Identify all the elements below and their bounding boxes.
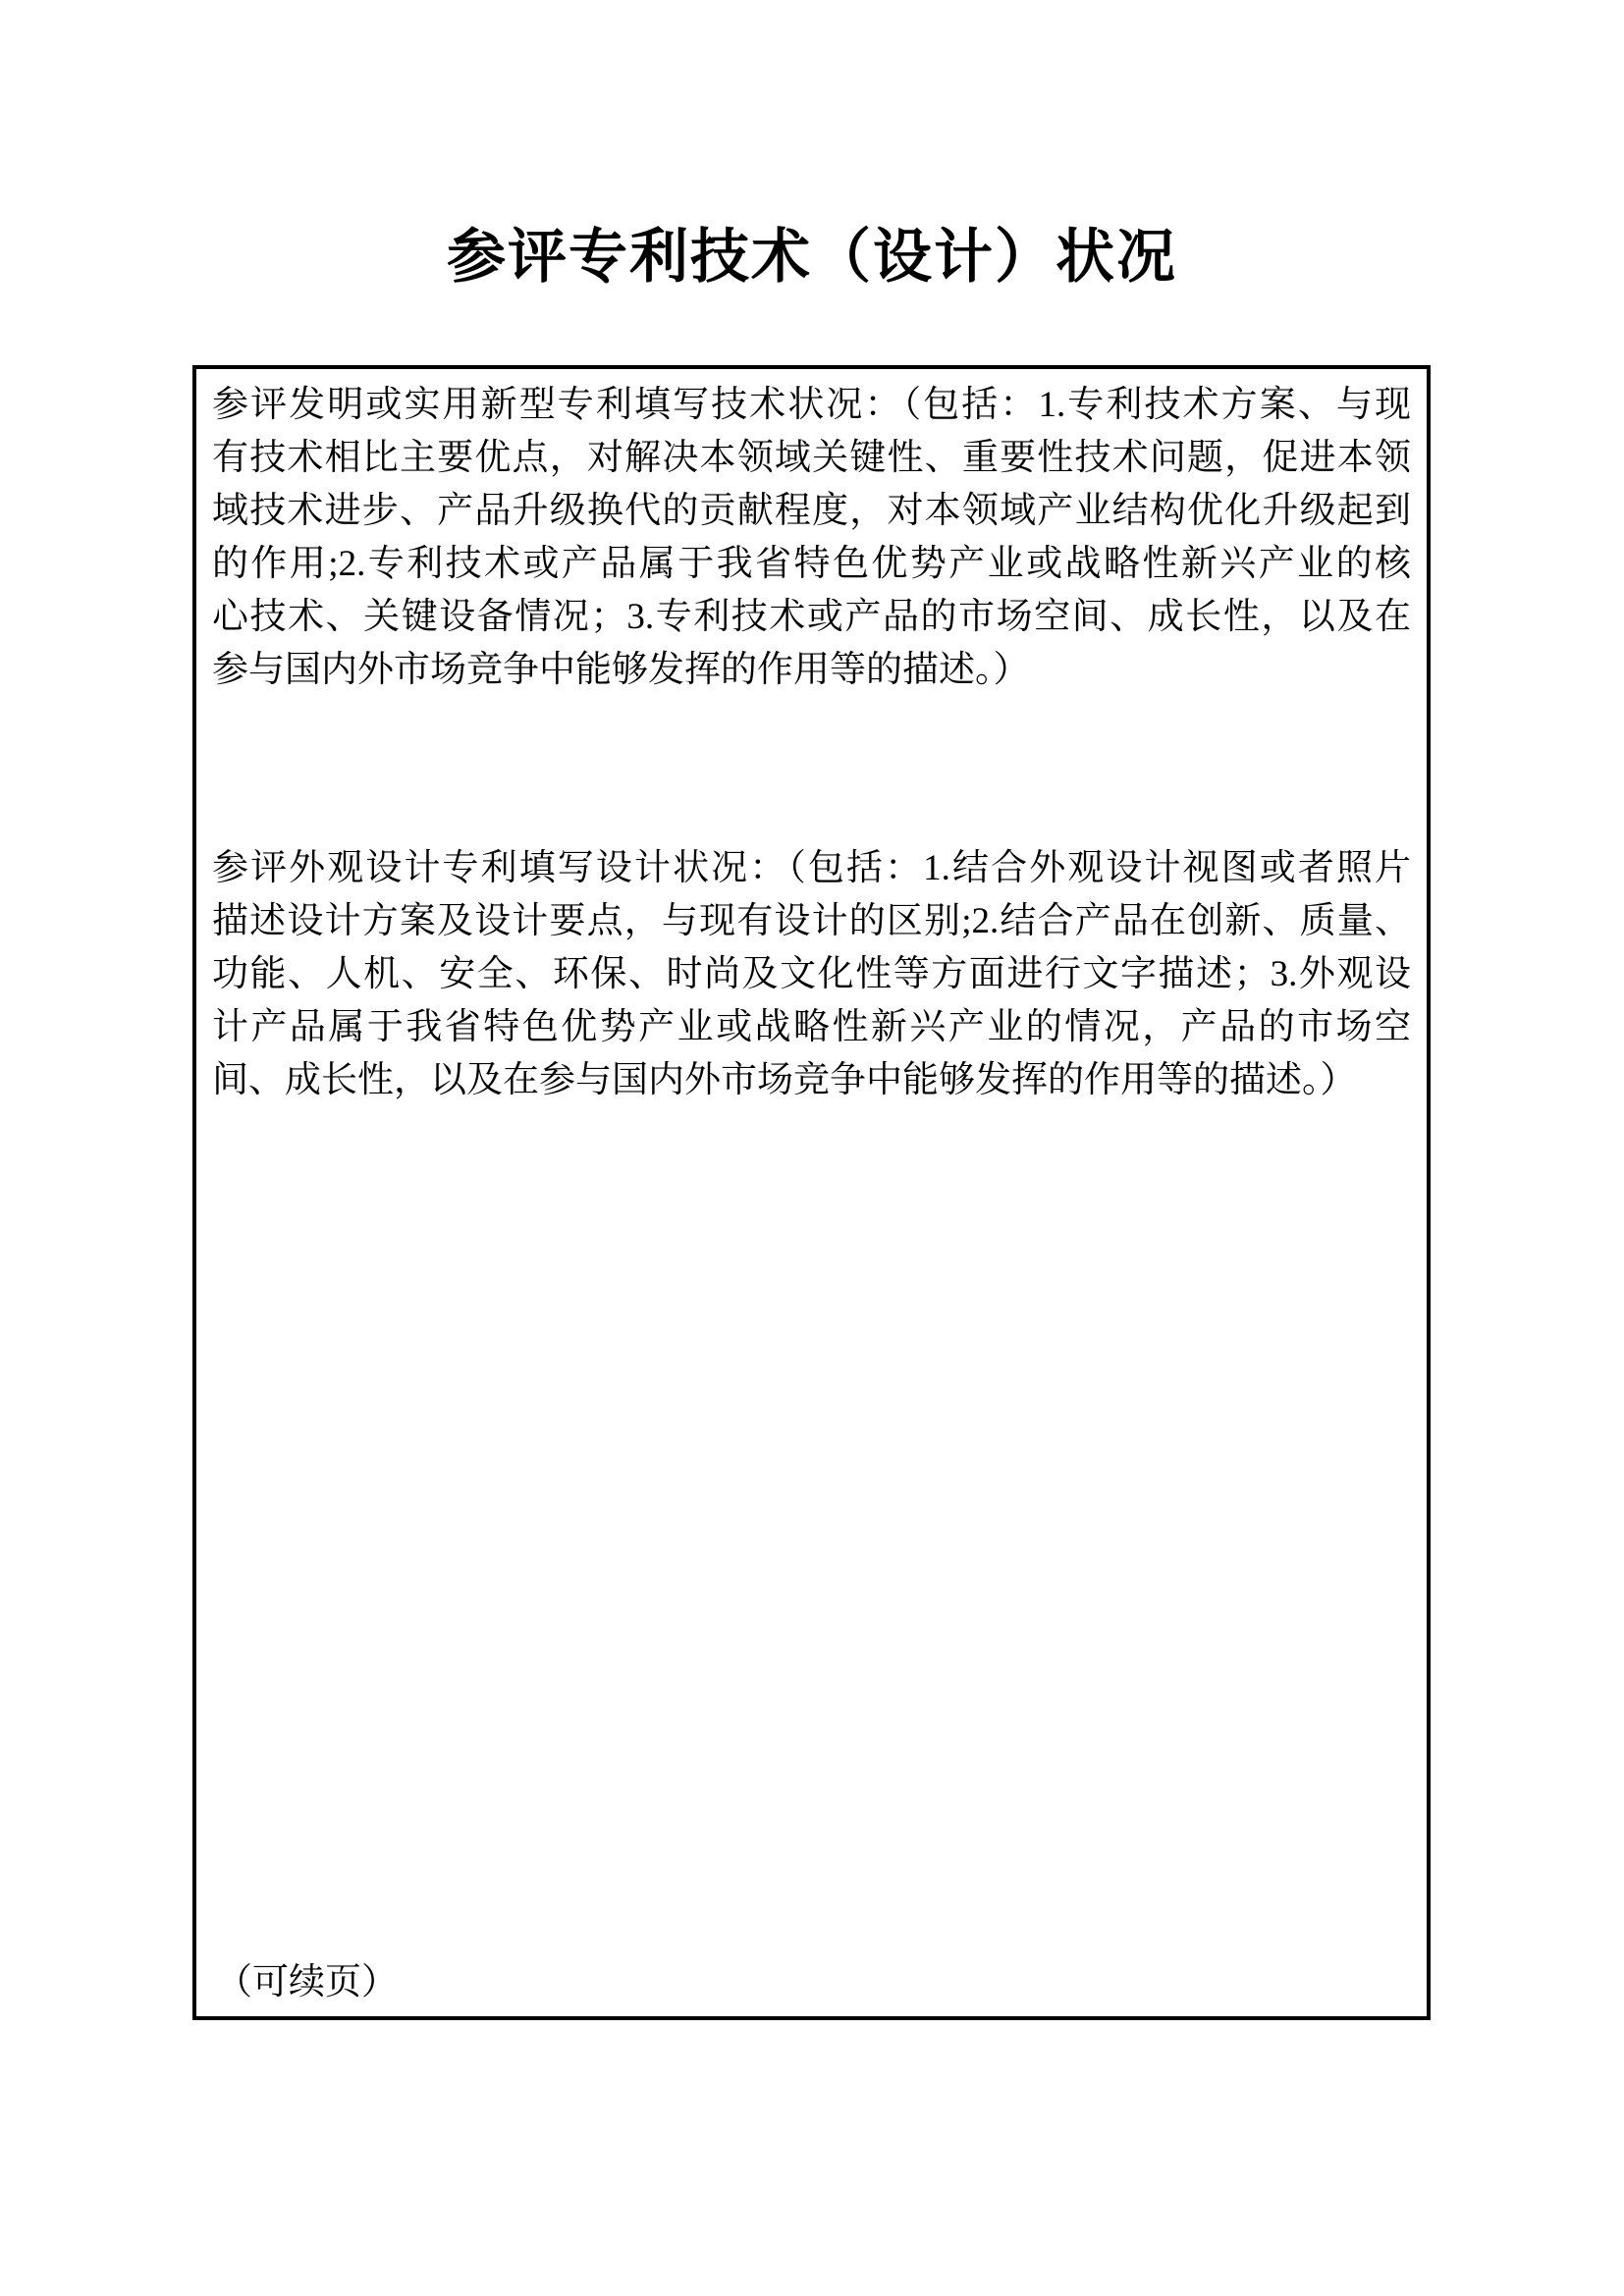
paragraph-line: 参评外观设计专利填写设计状况：（包括：1.结合外观设计视图或者照片 <box>212 842 1411 895</box>
paragraph-line: 功能、人机、安全、环保、时尚及文化性等方面进行文字描述；3.外观设 <box>212 948 1411 1001</box>
document-page: 参评专利技术（设计）状况 参评发明或实用新型专利填写技术状况：（包括：1.专利技… <box>0 0 1624 2296</box>
paragraph-design-instructions: 参评外观设计专利填写设计状况：（包括：1.结合外观设计视图或者照片 描述设计方案… <box>212 842 1411 1107</box>
paragraph-line: 描述设计方案及设计要点，与现有设计的区别;2.结合产品在创新、质量、 <box>212 895 1411 948</box>
paragraph-line: 有技术相比主要优点，对解决本领域关键性、重要性技术问题，促进本领 <box>212 432 1411 485</box>
paragraph-line: 参评发明或实用新型专利填写技术状况：（包括：1.专利技术方案、与现 <box>212 379 1411 432</box>
paragraph-line: 参与国内外市场竞争中能够发挥的作用等的描述。） <box>212 644 1411 697</box>
form-cell-border: 参评发明或实用新型专利填写技术状况：（包括：1.专利技术方案、与现 有技术相比主… <box>192 365 1431 2020</box>
paragraph-line: 心技术、关键设备情况；3.专利技术或产品的市场空间、成长性，以及在 <box>212 591 1411 644</box>
continue-page-note: （可续页） <box>216 1959 398 2006</box>
page-title: 参评专利技术（设计）状况 <box>0 224 1624 291</box>
paragraph-line: 间、成长性，以及在参与国内外市场竞争中能够发挥的作用等的描述。） <box>212 1054 1411 1107</box>
form-cell-content: 参评发明或实用新型专利填写技术状况：（包括：1.专利技术方案、与现 有技术相比主… <box>196 369 1427 2016</box>
paragraph-line: 域技术进步、产品升级换代的贡献程度，对本领域产业结构优化升级起到 <box>212 485 1411 538</box>
paragraph-line: 计产品属于我省特色优势产业或战略性新兴产业的情况，产品的市场空 <box>212 1001 1411 1054</box>
paragraph-line: 的作用;2.专利技术或产品属于我省特色优势产业或战略性新兴产业的核 <box>212 538 1411 591</box>
paragraph-invention-instructions: 参评发明或实用新型专利填写技术状况：（包括：1.专利技术方案、与现 有技术相比主… <box>212 379 1411 697</box>
